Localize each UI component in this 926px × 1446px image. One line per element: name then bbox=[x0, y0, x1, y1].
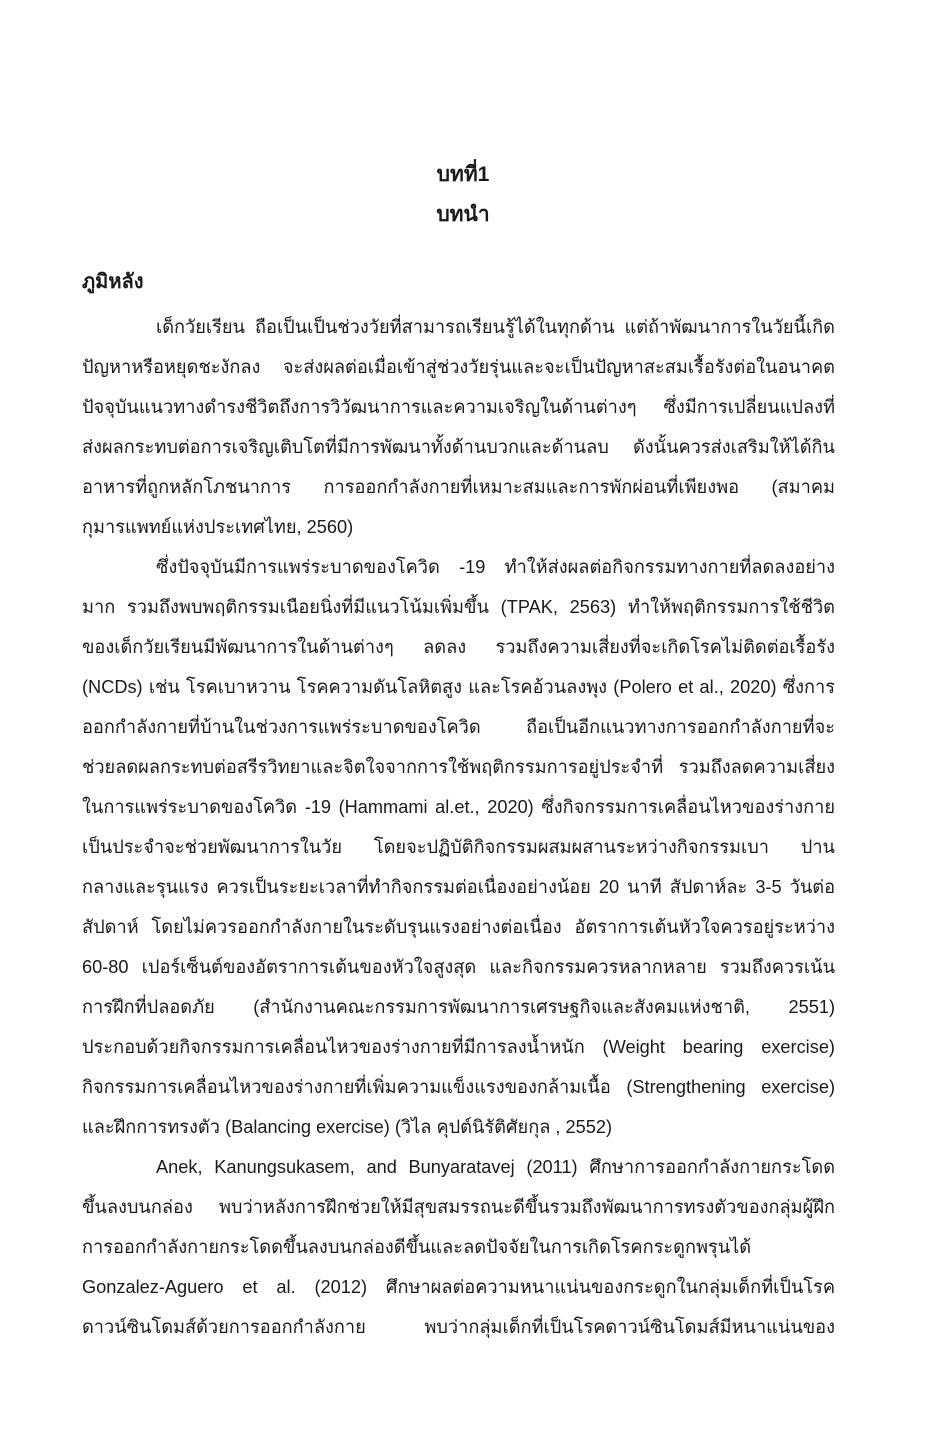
paragraph-first-line: Anek, Kanungsukasem, and Bunyaratavej (2… bbox=[82, 1147, 835, 1187]
paragraph-line: เป็นประจำจะช่วยพัฒนาการในวัย โดยจะปฏิบัต… bbox=[82, 827, 835, 867]
paragraph-line: ประกอบด้วยกิจกรรมการเคลื่อนไหวของร่างกาย… bbox=[82, 1027, 835, 1067]
paragraph-line: กิจกรรมการเคลื่อนไหวของร่างกายที่เพิ่มคว… bbox=[82, 1067, 835, 1107]
paragraph-line: อาหารที่ถูกหลักโภชนาการ การออกกำลังกายที… bbox=[82, 467, 835, 507]
paragraph-line: ออกกำลังกายที่บ้านในช่วงการแพร่ระบาดของโ… bbox=[82, 707, 835, 747]
paragraph-line: และฝึกการทรงตัว (Balancing exercise) (วิ… bbox=[82, 1107, 835, 1147]
body-text: เด็กวัยเรียน ถือเป็นเป็นช่วงวัยที่สามารถ… bbox=[82, 307, 835, 1347]
paragraph-line: การออกกำลังกายกระโดดขึ้นลงบนกล่องดีขึ้นแ… bbox=[82, 1227, 835, 1267]
paragraph-line: ปัจจุบันแนวทางดำรงชีวิตถึงการวิวัฒนาการแ… bbox=[82, 387, 835, 427]
paragraph-first-line: เด็กวัยเรียน ถือเป็นเป็นช่วงวัยที่สามารถ… bbox=[82, 307, 835, 347]
paragraph-line: สัปดาห์ โดยไม่ควรออกกำลังกายในระดับรุนแร… bbox=[82, 907, 835, 947]
chapter-title: บทนำ bbox=[0, 201, 926, 229]
paragraph-line: ปัญหาหรือหยุดชะงักลง จะส่งผลต่อเมื่อเข้า… bbox=[82, 347, 835, 387]
paragraph-line: มาก รวมถึงพบพฤติกรรมเนือยนิ่งที่มีแนวโน้… bbox=[82, 587, 835, 627]
paragraph-line: ของเด็กวัยเรียนมีพัฒนาการในด้านต่างๆ ลดล… bbox=[82, 627, 835, 667]
section-heading: ภูมิหลัง bbox=[82, 268, 144, 296]
paragraph-line: กุมารแพทย์แห่งประเทศไทย, 2560) bbox=[82, 507, 835, 547]
paragraph-line: ส่งผลกระทบต่อการเจริญเติบโตที่มีการพัฒนา… bbox=[82, 427, 835, 467]
paragraph-line: 60-80 เปอร์เซ็นต์ของอัตราการเต้นของหัวใจ… bbox=[82, 947, 835, 987]
paragraph-line: ในการแพร่ระบาดของโควิด -19 (Hammami al.e… bbox=[82, 787, 835, 827]
paragraph-line: ช่วยลดผลกระทบต่อสรีรวิทยาและจิตใจจากการใ… bbox=[82, 747, 835, 787]
paragraph-line: การฝึกที่ปลอดภัย (สำนักงานคณะกรรมการพัฒน… bbox=[82, 987, 835, 1027]
document-page: บทที่1 บทนำ ภูมิหลัง เด็กวัยเรียน ถือเป็… bbox=[0, 0, 926, 1446]
paragraph-line: (NCDs) เช่น โรคเบาหวาน โรคความดันโลหิตสู… bbox=[82, 667, 835, 707]
paragraph-line: Gonzalez-Aguero et al. (2012) ศึกษาผลต่อ… bbox=[82, 1267, 835, 1307]
paragraph-line: ขึ้นลงบนกล่อง พบว่าหลังการฝึกช่วยให้มีสุ… bbox=[82, 1187, 835, 1227]
chapter-number: บทที่1 bbox=[0, 161, 926, 189]
paragraph-line: ดาวน์ซินโดมส์ด้วยการออกกำลังกาย พบว่ากลุ… bbox=[82, 1307, 835, 1347]
paragraph-line: กลางและรุนแรง ควรเป็นระยะเวลาที่ทำกิจกรร… bbox=[82, 867, 835, 907]
paragraph-first-line: ซึ่งปัจจุบันมีการแพร่ระบาดของโควิด -19 ท… bbox=[82, 547, 835, 587]
